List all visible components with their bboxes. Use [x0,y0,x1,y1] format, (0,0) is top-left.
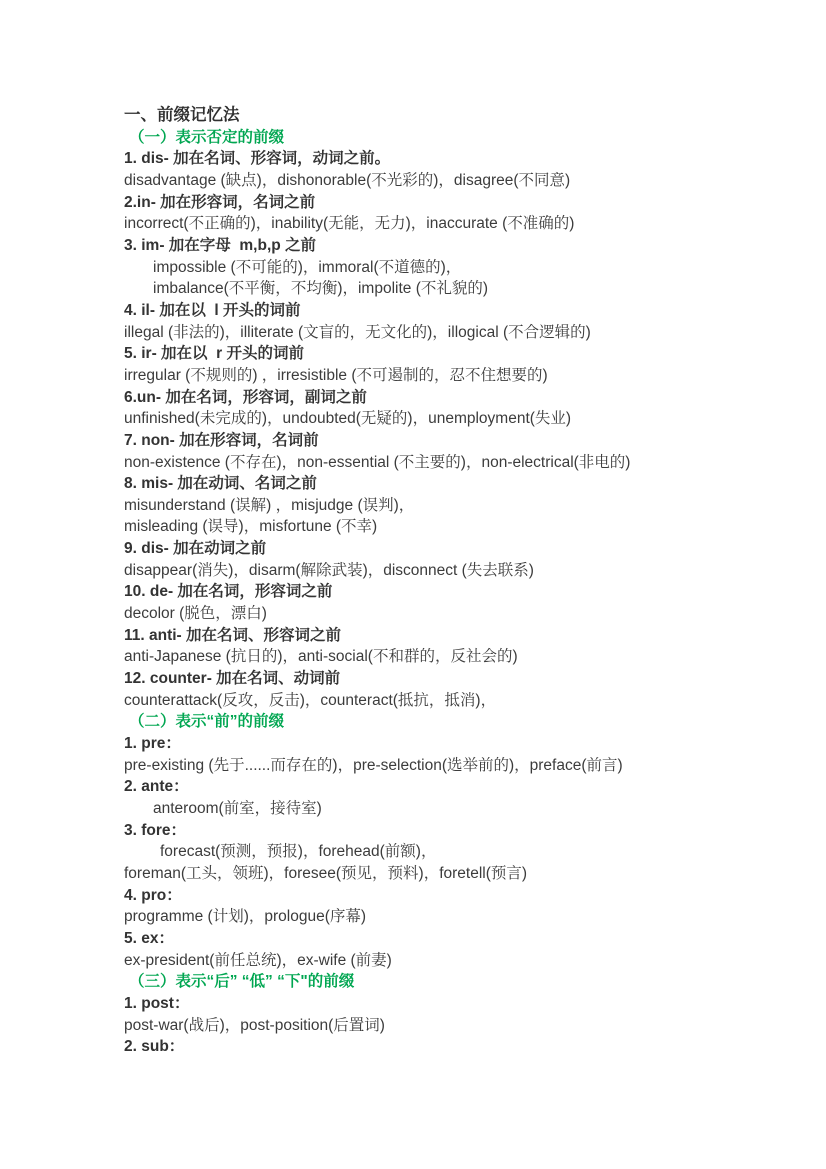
text-line: ex-president(前任总统)，ex-wife (前妻) [124,950,766,972]
text-line: irregular (不规则的) ，irresistible (不可遏制的，忍不… [124,365,766,387]
item-heading: 1. dis- 加在名词、形容词，动词之前。 [124,148,766,170]
text-line: misunderstand (误解) ，misjudge (误判)， [124,495,766,517]
item-heading: 12. counter- 加在名词、动词前 [124,668,766,690]
item-heading: 2.in- 加在形容词，名词之前 [124,192,766,214]
text-line: impossible (不可能的)，immoral(不道德的)， [124,257,766,279]
text-line: imbalance(不平衡，不均衡)，impolite (不礼貌的) [124,278,766,300]
text-line: disappear(消失)，disarm(解除武装)，disconnect (失… [124,560,766,582]
text-line: decolor (脱色，漂白) [124,603,766,625]
item-heading: 7. non- 加在形容词，名词前 [124,430,766,452]
item-heading: 4. pro： [124,885,766,907]
item-heading: 2. ante： [124,776,766,798]
item-heading: 10. de- 加在名词，形容词之前 [124,581,766,603]
item-heading: 2. sub： [124,1036,766,1058]
item-heading: 6.un- 加在名词，形容词，副词之前 [124,387,766,409]
text-line: incorrect(不正确的)，inability(无能，无力)，inaccur… [124,213,766,235]
section-heading: （一）表示否定的前缀 [124,127,766,149]
item-heading: 1. pre： [124,733,766,755]
item-heading: 11. anti- 加在名词、形容词之前 [124,625,766,647]
section-heading: （三）表示“后” “低” “下"的前缀 [124,971,766,993]
item-heading: 9. dis- 加在动词之前 [124,538,766,560]
item-heading: 3. im- 加在字母 m,b,p 之前 [124,235,766,257]
document-page: 一、前缀记忆法（一）表示否定的前缀1. dis- 加在名词、形容词，动词之前。d… [0,0,826,1169]
item-heading: 5. ir- 加在以 r 开头的词前 [124,343,766,365]
text-line: unfinished(未完成的)，undoubted(无疑的)，unemploy… [124,408,766,430]
text-line: disadvantage (缺点)，dishonorable(不光彩的)，dis… [124,170,766,192]
document-title: 一、前缀记忆法 [124,105,766,127]
item-heading: 3. fore： [124,820,766,842]
text-line: foreman(工头，领班)，foresee(预见，预料)，foretell(预… [124,863,766,885]
text-line: anti-Japanese (抗日的)，anti-social(不和群的，反社会… [124,646,766,668]
text-line: programme (计划)，prologue(序幕) [124,906,766,928]
text-line: non-existence (不存在)，non-essential (不主要的)… [124,452,766,474]
text-line: pre-existing (先于......而存在的)，pre-selectio… [124,755,766,777]
text-line: illegal (非法的)，illiterate (文盲的，无文化的)，illo… [124,322,766,344]
item-heading: 1. post： [124,993,766,1015]
text-line: post-war(战后)，post-position(后置词) [124,1015,766,1037]
item-heading: 5. ex： [124,928,766,950]
section-heading: （二）表示“前”的前缀 [124,711,766,733]
item-heading: 4. il- 加在以 l 开头的词前 [124,300,766,322]
text-line: counterattack(反攻，反击)，counteract(抵抗，抵消)， [124,690,766,712]
text-line: forecast(预测，预报)，forehead(前额)， [124,841,766,863]
text-line: anteroom(前室，接待室) [124,798,766,820]
item-heading: 8. mis- 加在动词、名词之前 [124,473,766,495]
text-line: misleading (误导)，misfortune (不幸) [124,516,766,538]
